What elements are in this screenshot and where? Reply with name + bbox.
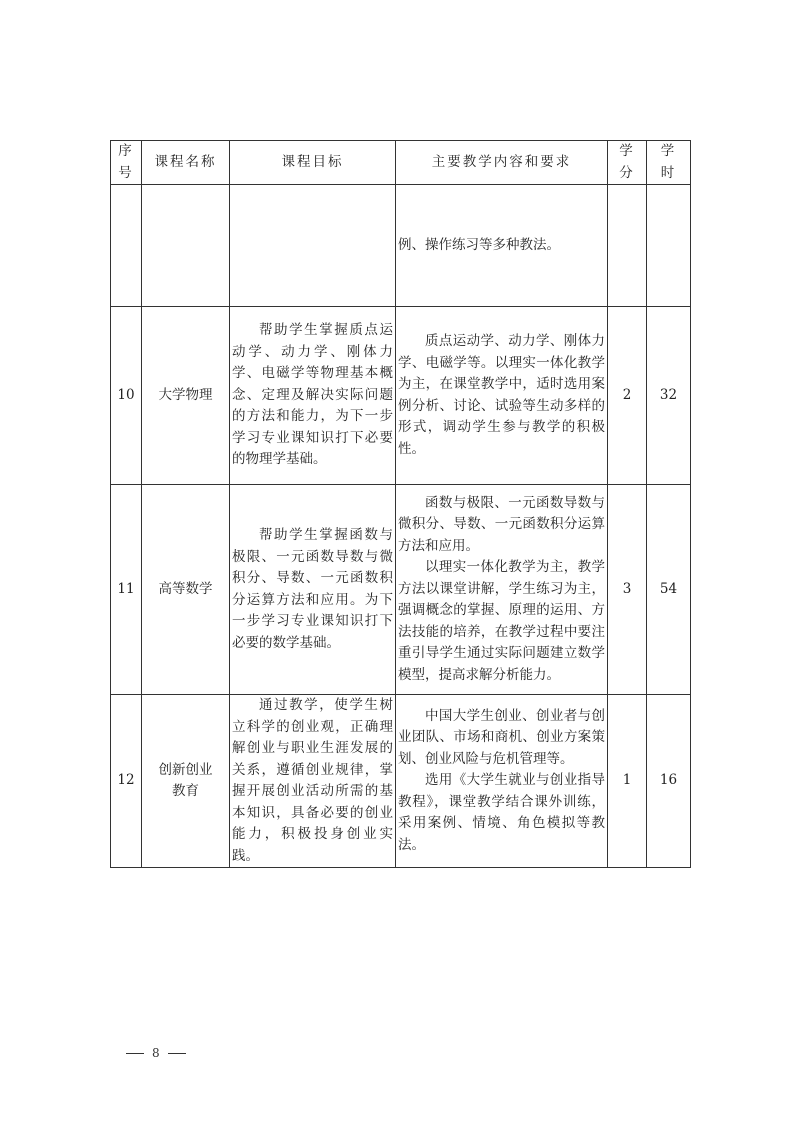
cell-hours: 16 bbox=[647, 695, 691, 868]
course-table: 序号 课程名称 课程目标 主要教学内容和要求 学分 学时 例、操作练习等多种教法… bbox=[110, 140, 691, 868]
cell-index bbox=[111, 185, 142, 307]
cell-credits bbox=[608, 185, 647, 307]
header-credits: 学分 bbox=[608, 141, 647, 185]
footer-dash-left bbox=[126, 1053, 144, 1054]
header-course-name: 课程名称 bbox=[142, 141, 230, 185]
cell-objectives: 帮助学生掌握函数与极限、一元函数导数与微积分、导数、一元函数积分运算方法和应用。… bbox=[230, 485, 396, 695]
header-content: 主要教学内容和要求 bbox=[396, 141, 608, 185]
cell-objectives: 通过教学，使学生树立科学的创业观，正确理解创业与职业生涯发展的关系，遵循创业规律… bbox=[230, 695, 396, 868]
cell-name: 大学物理 bbox=[142, 307, 230, 485]
page-footer: 8 bbox=[118, 1046, 194, 1060]
footer-dash-right bbox=[168, 1053, 186, 1054]
table-row: 11 高等数学 帮助学生掌握函数与极限、一元函数导数与微积分、导数、一元函数积分… bbox=[111, 485, 691, 695]
cell-hours: 54 bbox=[647, 485, 691, 695]
cell-credits: 2 bbox=[608, 307, 647, 485]
cell-content: 质点运动学、动力学、刚体力学、电磁学等。以理实一体化教学为主，在课堂教学中，适时… bbox=[396, 307, 608, 485]
cell-objectives bbox=[230, 185, 396, 307]
cell-credits: 1 bbox=[608, 695, 647, 868]
cell-index: 12 bbox=[111, 695, 142, 868]
table-row: 12 创新创业教育 通过教学，使学生树立科学的创业观，正确理解创业与职业生涯发展… bbox=[111, 695, 691, 868]
cell-index: 10 bbox=[111, 307, 142, 485]
page-number: 8 bbox=[152, 1046, 160, 1060]
cell-content: 例、操作练习等多种教法。 bbox=[396, 185, 608, 307]
header-index: 序号 bbox=[111, 141, 142, 185]
cell-index: 11 bbox=[111, 485, 142, 695]
cell-name: 高等数学 bbox=[142, 485, 230, 695]
cell-content: 函数与极限、一元函数导数与微积分、导数、一元函数积分运算方法和应用。以理实一体化… bbox=[396, 485, 608, 695]
cell-hours: 32 bbox=[647, 307, 691, 485]
cell-content: 中国大学生创业、创业者与创业团队、市场和商机、创业方案策划、创业风险与危机管理等… bbox=[396, 695, 608, 868]
table-row: 10 大学物理 帮助学生掌握质点运动学、动力学、刚体力学、电磁学等物理基本概念、… bbox=[111, 307, 691, 485]
table-header-row: 序号 课程名称 课程目标 主要教学内容和要求 学分 学时 bbox=[111, 141, 691, 185]
header-hours: 学时 bbox=[647, 141, 691, 185]
cell-name: 创新创业教育 bbox=[142, 695, 230, 868]
cell-name bbox=[142, 185, 230, 307]
table-row: 例、操作练习等多种教法。 bbox=[111, 185, 691, 307]
cell-hours bbox=[647, 185, 691, 307]
cell-objectives: 帮助学生掌握质点运动学、动力学、刚体力学、电磁学等物理基本概念、定理及解决实际问… bbox=[230, 307, 396, 485]
header-objectives: 课程目标 bbox=[230, 141, 396, 185]
cell-credits: 3 bbox=[608, 485, 647, 695]
